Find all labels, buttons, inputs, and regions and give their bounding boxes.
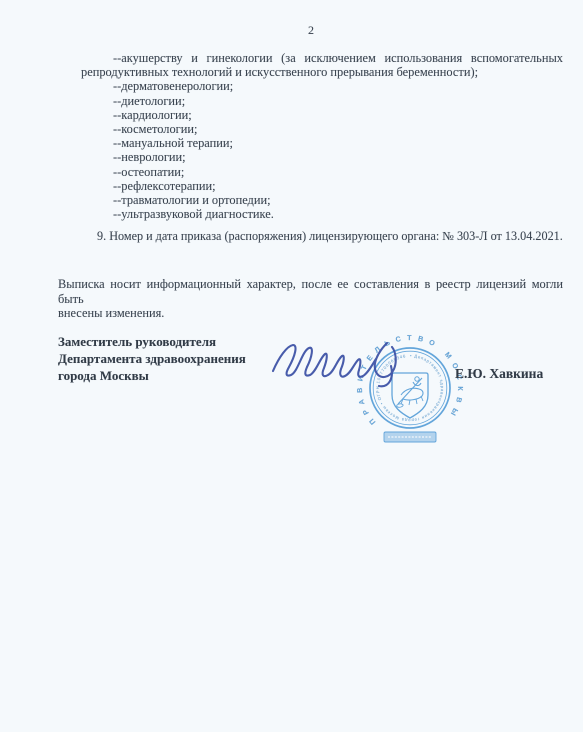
paragraph-obstetrics-line1: --акушерству и гинекологии (за исключени… [113,51,563,65]
specialties-block: --акушерству и гинекологии (за исключени… [81,51,563,221]
list-item: --травматологии и ортопедии; [113,193,563,207]
list-item: --ультразвуковой диагностике. [113,207,563,221]
list-item: --кардиологии; [113,108,563,122]
list-item: --неврологии; [113,150,563,164]
note-line2: внесены изменения. [58,306,563,321]
list-item: --диетологии; [113,94,563,108]
note-line1: Выписка носит информационный характер, п… [58,277,563,306]
informational-note: Выписка носит информационный характер, п… [58,277,563,321]
handwritten-signature-icon [270,336,430,394]
list-item: --мануальной терапии; [113,136,563,150]
page-number: 2 [308,23,314,38]
list-item: --рефлексотерапии; [113,179,563,193]
list-item: --косметологии; [113,122,563,136]
list-item: --остеопатии; [113,165,563,179]
signatory-title-line2: Департамента здравоохранения [58,351,246,368]
stamp-serial-banner [384,432,436,442]
signatory-title-line3: города Москвы [58,368,246,385]
order-number-line: 9. Номер и дата приказа (распоряжения) л… [97,229,577,244]
list-item: --дерматовенерологии; [113,79,563,93]
scanned-document-page: 2 --акушерству и гинекологии (за исключе… [0,0,583,732]
signatory-name: Е.Ю. Хавкина [455,366,543,382]
signatory-title: Заместитель руководителя Департамента зд… [58,334,246,385]
paragraph-obstetrics-line2: репродуктивных технологий и искусственно… [81,65,563,79]
signatory-title-line1: Заместитель руководителя [58,334,246,351]
